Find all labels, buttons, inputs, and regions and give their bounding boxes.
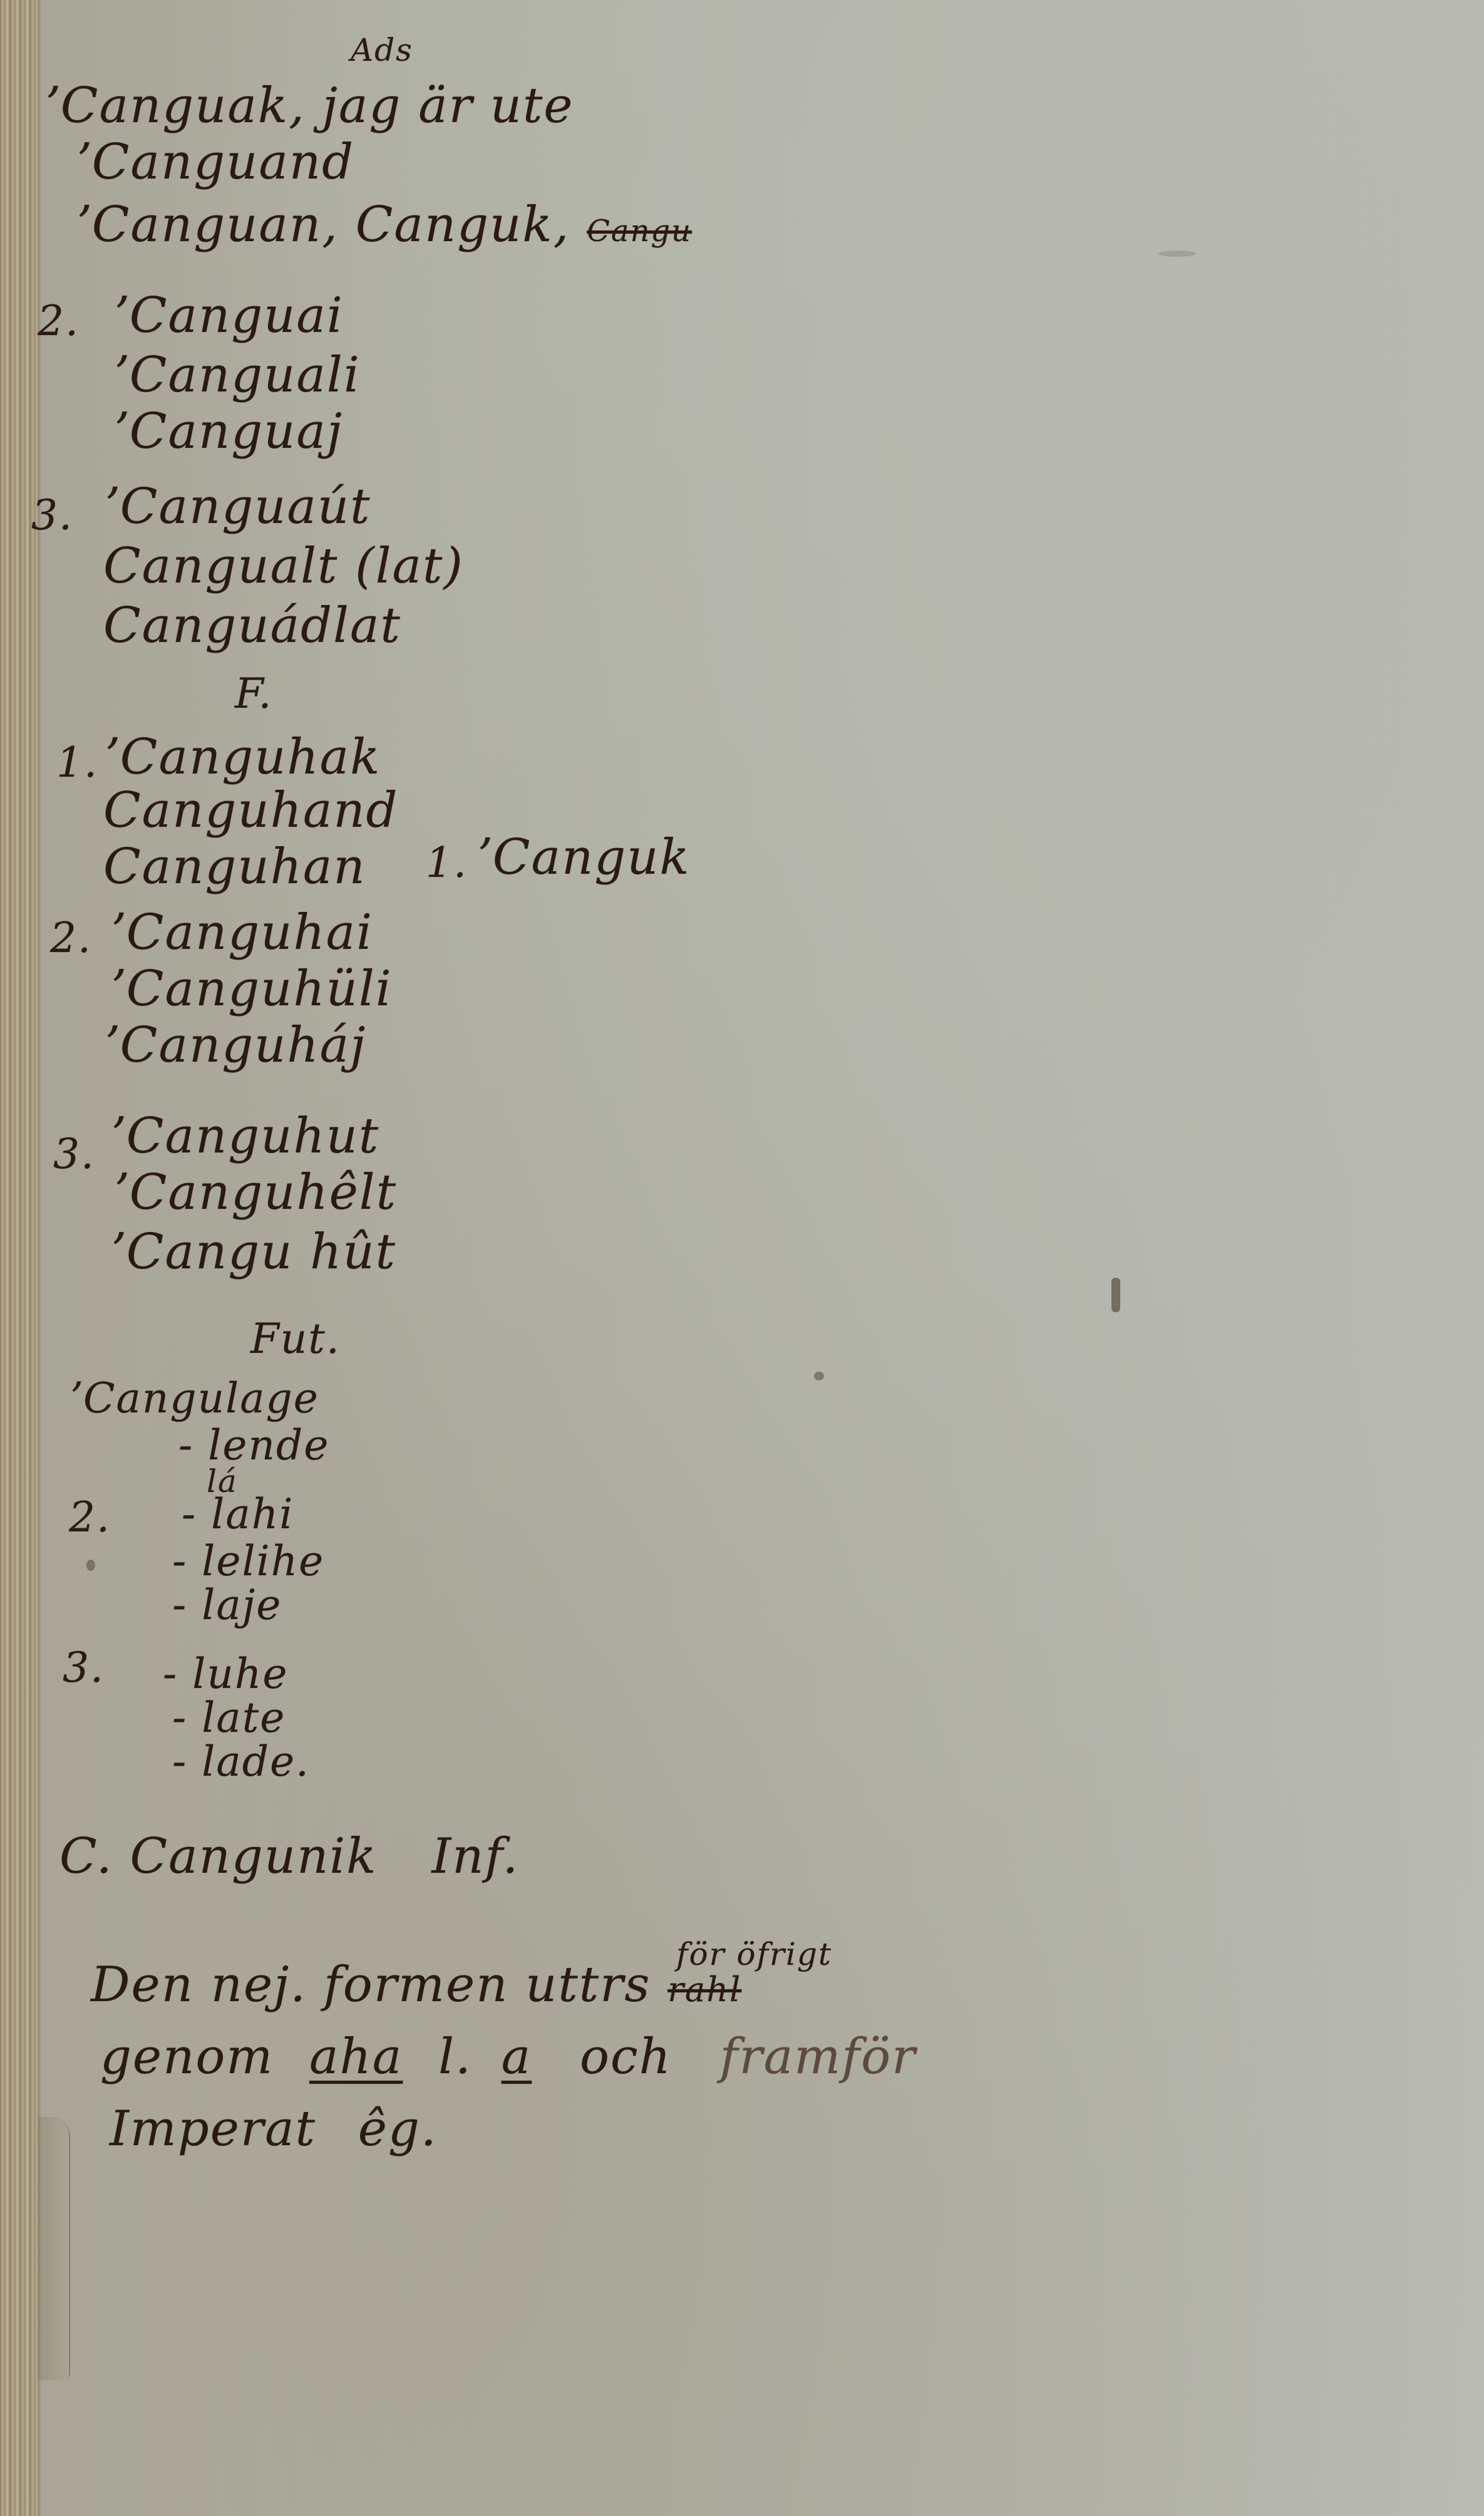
note-insert: för öfrigt [676, 1939, 832, 1970]
line-present-8: Cangualt (lat) [103, 542, 464, 591]
heading-f: F. [235, 673, 273, 715]
note-line-1: Den nej. formen uttrs rahl [91, 1960, 741, 2009]
number-2b: 2. [50, 918, 92, 959]
ink-blot [86, 1560, 95, 1571]
line-text: ʼCanguan, Canguk, [75, 197, 570, 253]
side-note-number: 1. [426, 842, 468, 884]
line-fut-7: - luhe [163, 1654, 288, 1695]
note-word: och [580, 2029, 672, 2085]
line-fut-6: - laje [172, 1585, 282, 1626]
note-word: genom [100, 2029, 274, 2085]
number-3b: 3. [53, 1134, 95, 1175]
number-1: 1. [56, 742, 98, 784]
smudge [1158, 251, 1196, 257]
line-present-6: ʼCanguaj [113, 407, 343, 456]
line-f-4: ʼCanguhai [110, 908, 373, 957]
infinitive-line: C. Cangunik Inf. [59, 1832, 519, 1881]
note-word: l. [438, 2029, 472, 2085]
side-note-canguk: ʼCanguk [476, 833, 691, 882]
line-f-3: Canguhan [103, 842, 366, 891]
struck-word: Cangu [587, 214, 692, 249]
line-present-3: ʼCanguan, Canguk, Cangu [75, 200, 692, 249]
book-spine-edge [0, 0, 38, 2516]
manuscript-page: Ads ʼCanguak, jag är ute ʼCanguand ʼCang… [0, 0, 1484, 2516]
water-stain [38, 2117, 70, 2380]
note-line-3: Imperat êg. [110, 2104, 438, 2153]
ink-smudge [1111, 1278, 1120, 1312]
line-present-2: ʼCanguand [75, 138, 354, 187]
note-text: Den nej. formen uttrs [91, 1957, 651, 2013]
line-fut-5: - lelihe [172, 1541, 324, 1582]
line-present-5: ʼCanguali [113, 351, 361, 400]
infinitive-label: Inf. [431, 1828, 519, 1885]
line-present-1: ʼCanguak, jag är ute [44, 81, 574, 130]
number-3: 3. [31, 495, 73, 536]
number-2: 2. [38, 301, 80, 342]
infinitive-form: C. Cangunik [59, 1828, 378, 1885]
note-word: êg. [358, 2101, 438, 2157]
line-present-4: ʼCanguai [113, 291, 344, 340]
line-f-7: ʼCanguhut [110, 1112, 379, 1161]
annotation-ads: Ads [351, 34, 413, 66]
line-f-5: ʼCanguhüli [110, 965, 393, 1013]
line-f-1: ʼCanguhak [103, 733, 381, 782]
line-present-7: ʼCanguaút [103, 482, 371, 531]
underlined-a: a [502, 2029, 532, 2085]
line-fut-1: ʼCangulage [69, 1378, 319, 1419]
underlined-aha: aha [309, 2029, 403, 2085]
line-fut-2: - lende [178, 1425, 329, 1466]
line-f-2: Canguhand [103, 786, 399, 835]
faint-word: framför [720, 2029, 917, 2085]
line-f-9: ʼCangu hût [110, 1228, 396, 1276]
heading-fut: Fut. [250, 1318, 341, 1360]
note-line-2: genom aha l. a och framför [100, 2032, 916, 2081]
number-fut-2: 2. [69, 1497, 111, 1538]
line-present-9: Canguádlat [103, 601, 401, 650]
line-fut-9: - lade. [172, 1741, 310, 1783]
note-word: Imperat [110, 2101, 316, 2157]
foxing-spot [814, 1372, 824, 1380]
line-f-6: ʼCanguháj [103, 1021, 366, 1070]
line-fut-8: - late [172, 1697, 286, 1739]
line-fut-4: - lahi [182, 1494, 294, 1535]
number-fut-3: 3. [63, 1647, 105, 1689]
struck-word: rahl [667, 1970, 741, 2009]
line-f-8: ʼCanguhêlt [113, 1168, 397, 1217]
